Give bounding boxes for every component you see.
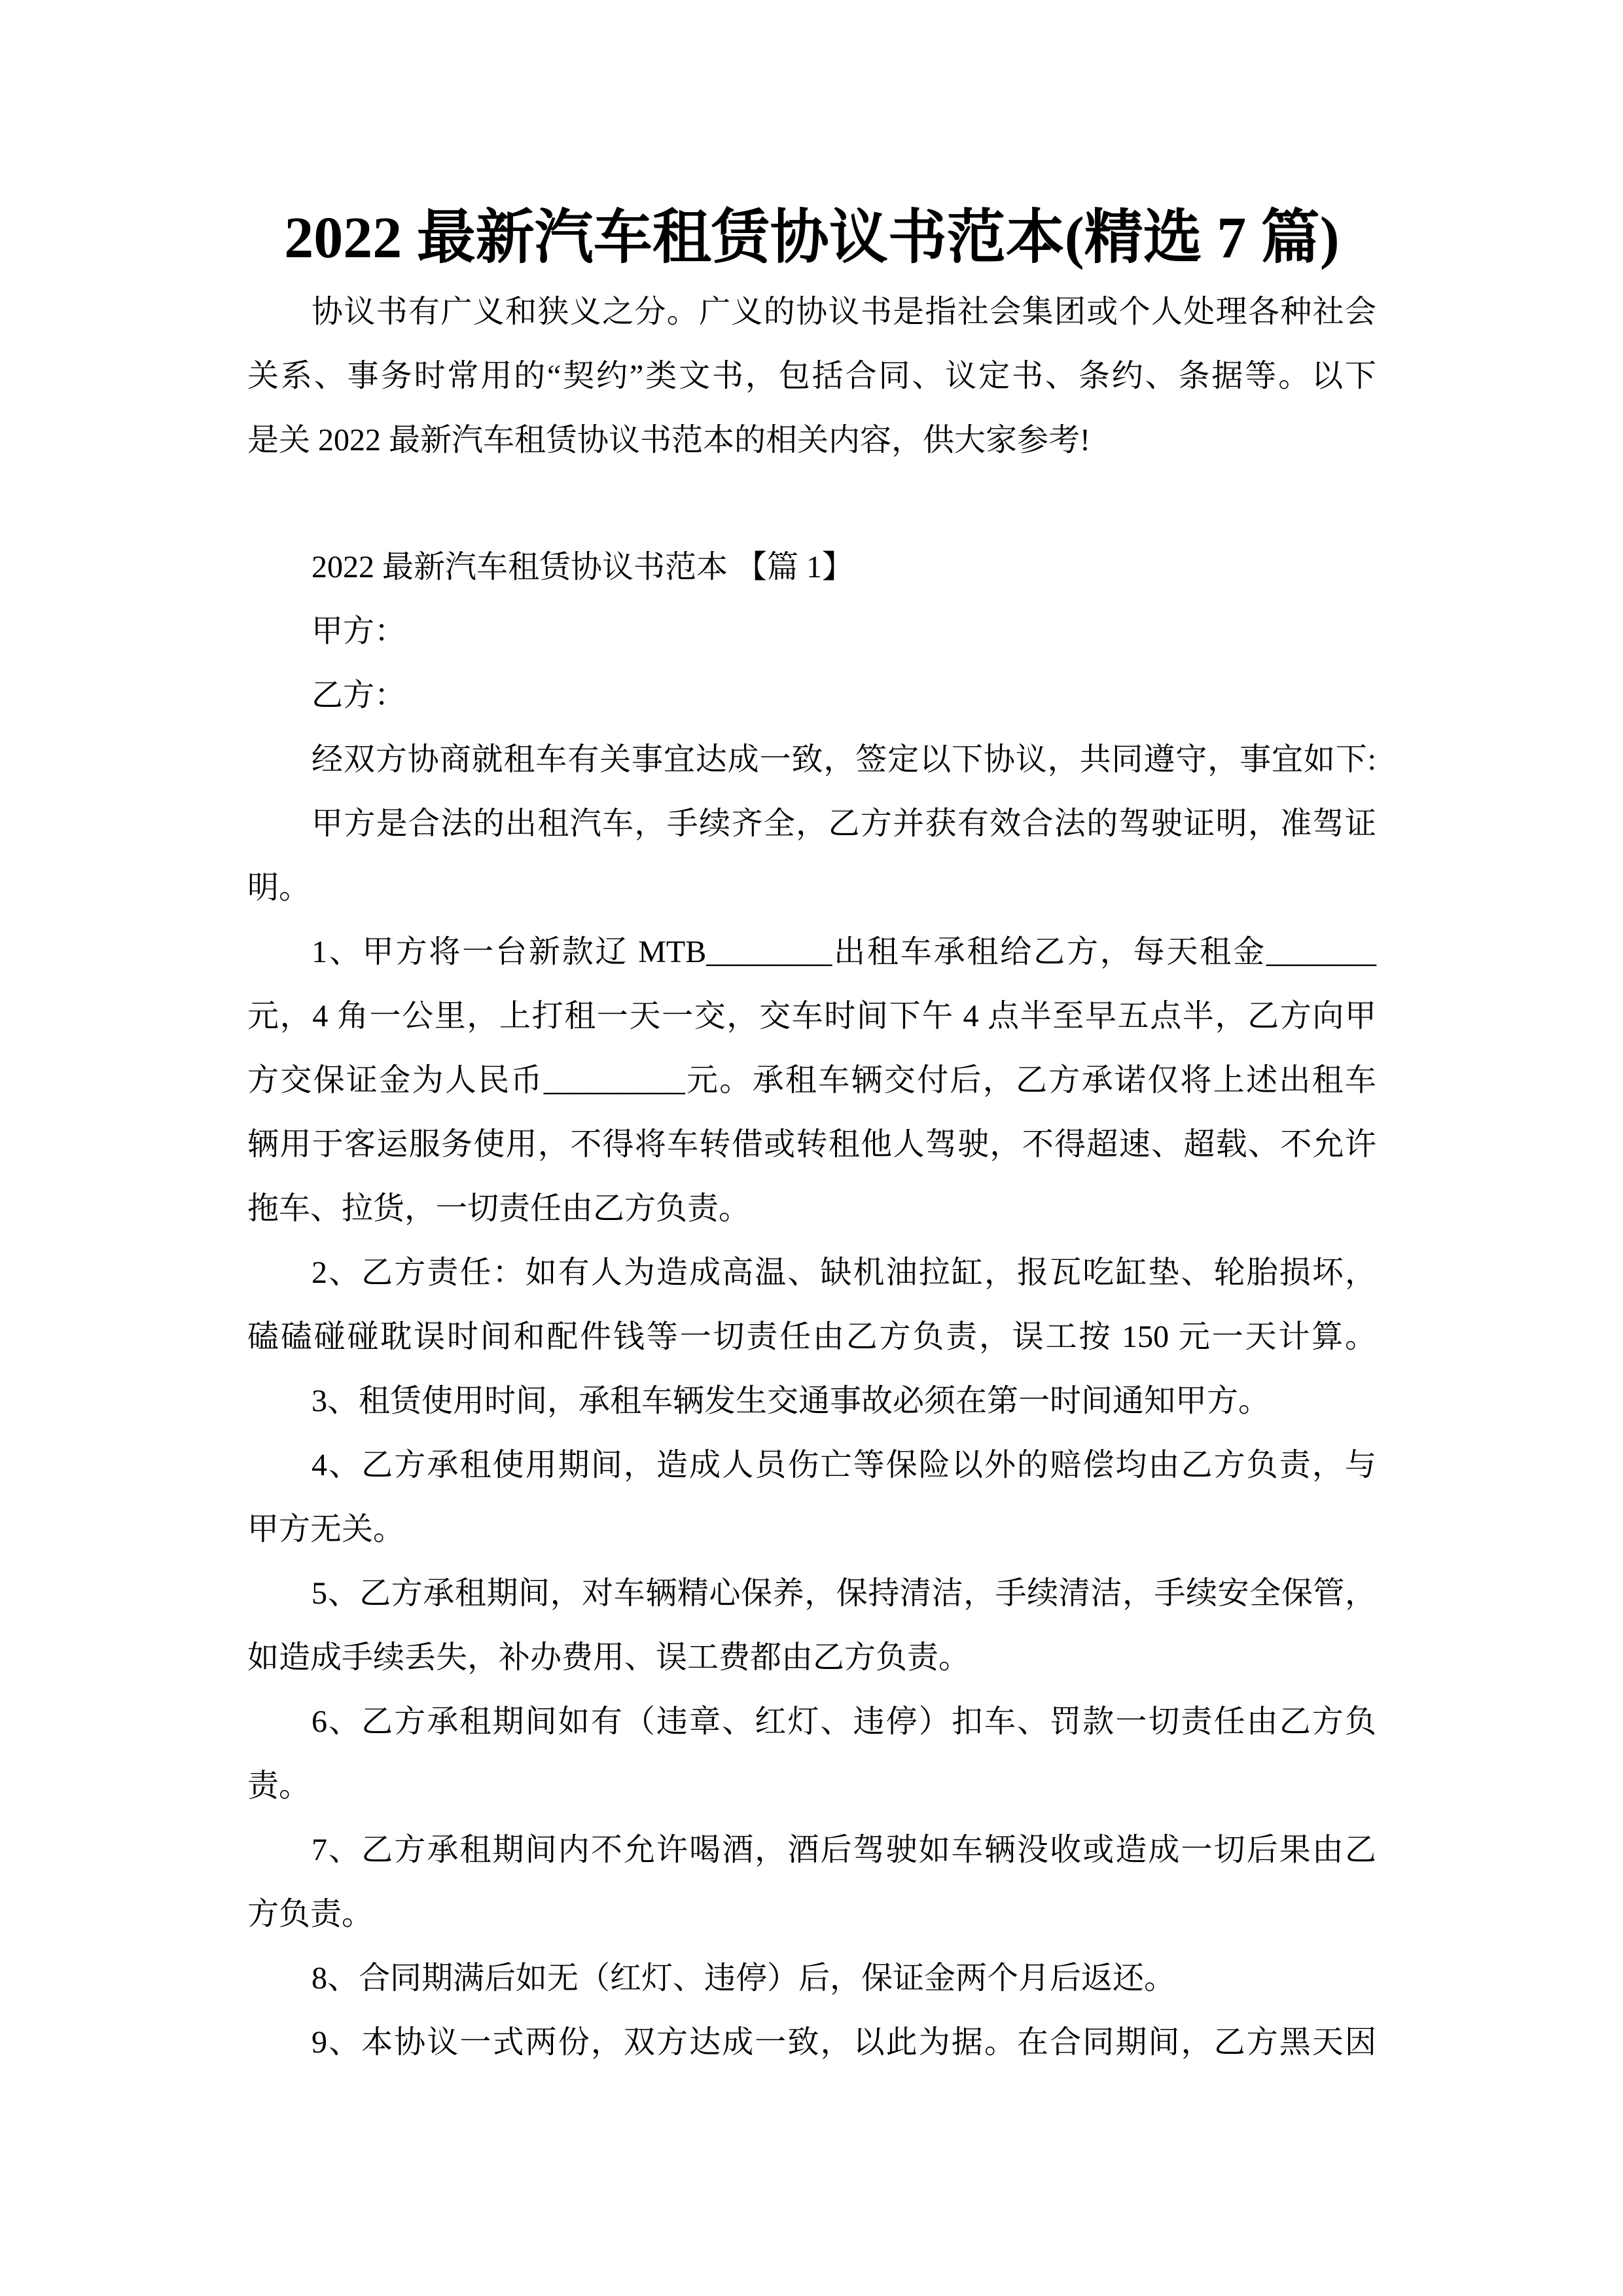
clause-1-line-1: 1、甲方将一台新款辽 MTB________出租车承租给乙方，每天租金_____… (247, 920, 1376, 984)
preamble-line: 经双方协商就租车有关事宜达成一致，签定以下协议，共同遵守，事宜如下: (247, 728, 1376, 792)
clause-5-line-1: 5、乙方承租期间，对车辆精心保养，保持清洁，手续清洁，手续安全保管， (247, 1562, 1376, 1626)
intro-line-3: 是关 2022 最新汽车租赁协议书范本的相关内容，供大家参考! (247, 408, 1376, 473)
party-b-line: 乙方： (247, 664, 1376, 728)
document-body: 协议书有广义和狭义之分。广义的协议书是指社会集团或个人处理各种社会 关系、事务时… (247, 280, 1376, 2075)
legality-line-1: 甲方是合法的出租汽车，手续齐全，乙方并获有效合法的驾驶证明，准驾证 (247, 792, 1376, 856)
clause-1-line-5: 拖车、拉货，一切责任由乙方负责。 (247, 1177, 1376, 1241)
party-a-line: 甲方： (247, 600, 1376, 664)
intro-line-2: 关系、事务时常用的“契约”类文书，包括合同、议定书、条约、条据等。以下 (247, 344, 1376, 408)
clause-1-line-2: 元，4 角一公里，上打租一天一交，交车时间下午 4 点半至早五点半，乙方向甲 (247, 984, 1376, 1049)
clause-2-line-1: 2、乙方责任：如有人为造成高温、缺机油拉缸，报瓦吃缸垫、轮胎损坏， (247, 1241, 1376, 1305)
clause-5-line-2: 如造成手续丢失，补办费用、误工费都由乙方负责。 (247, 1626, 1376, 1690)
document-page-background: 2022 最新汽车租赁协议书范本(精选 7 篇) 协议书有广义和狭义之分。广义的… (0, 0, 1623, 2296)
clause-7-line-2: 方负责。 (247, 1882, 1376, 1946)
clause-9-line: 9、本协议一式两份，双方达成一致，以此为据。在合同期间，乙方黑天因 (247, 2011, 1376, 2075)
clause-1-line-4: 辆用于客运服务使用，不得将车转借或转租他人驾驶，不得超速、超载、不允许 (247, 1113, 1376, 1177)
legality-line-2: 明。 (247, 856, 1376, 920)
clause-6-line-1: 6、乙方承租期间如有（违章、红灯、违停）扣车、罚款一切责任由乙方负 (247, 1690, 1376, 1754)
clause-8-line: 8、合同期满后如无（红灯、违停）后，保证金两个月后返还。 (247, 1946, 1376, 2011)
clause-3-line: 3、租赁使用时间，承租车辆发生交通事故必须在第一时间通知甲方。 (247, 1369, 1376, 1433)
intro-line-1: 协议书有广义和狭义之分。广义的协议书是指社会集团或个人处理各种社会 (247, 280, 1376, 344)
section-1-heading: 2022 最新汽车租赁协议书范本 【篇 1】 (247, 535, 1376, 600)
clause-2-line-2: 磕磕碰碰耽误时间和配件钱等一切责任由乙方负责，误工按 150 元一天计算。 (247, 1305, 1376, 1369)
clause-4-line-2: 甲方无关。 (247, 1498, 1376, 1562)
document-title: 2022 最新汽车租赁协议书范本(精选 7 篇) (247, 202, 1376, 275)
clause-7-line-1: 7、乙方承租期间内不允许喝酒，酒后驾驶如车辆没收或造成一切后果由乙 (247, 1818, 1376, 1882)
clause-1-line-3: 方交保证金为人民币_________元。承租车辆交付后，乙方承诺仅将上述出租车 (247, 1049, 1376, 1113)
document-page: { "document": { "title": "2022 最新汽车租赁协议书… (0, 0, 1623, 2296)
clause-4-line-1: 4、乙方承租使用期间，造成人员伤亡等保险以外的赔偿均由乙方负责，与 (247, 1433, 1376, 1498)
clause-6-line-2: 责。 (247, 1754, 1376, 1818)
